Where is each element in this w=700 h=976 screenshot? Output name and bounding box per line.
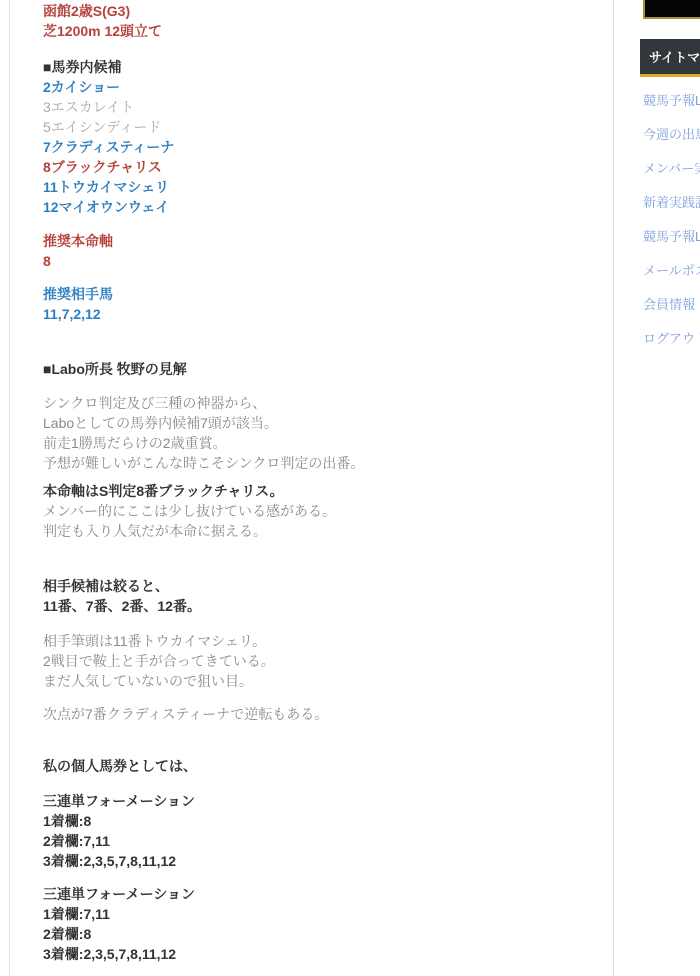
candidate-horse: 2カイショー	[43, 77, 593, 97]
commentary-paragraph: 相手筆頭は11番トウカイマシェリ。 2戦目で鞍上と手が合ってきている。 まだ人気…	[43, 631, 593, 691]
bet-row: 1着欄:8	[43, 811, 593, 831]
sitemap-header: サイトマップ	[640, 39, 700, 77]
commentary-line: 次点が7番クラディスティーナで逆転もある。	[43, 704, 593, 724]
recommended-partners-value: 11,7,2,12	[43, 304, 593, 324]
sidebar-link-logout[interactable]: ログアウト	[643, 331, 700, 346]
commentary-emphasis-line: 本命軸はS判定8番ブラックチャリス。	[43, 481, 593, 501]
commentary-line: シンクロ判定及び三種の神器から、	[43, 393, 593, 413]
sidebar-link-member[interactable]: メンバー実	[643, 161, 700, 176]
sidebar-link-keiba-yoho-labo[interactable]: 競馬予報L	[643, 93, 700, 108]
recommended-partners: 推奨相手馬 11,7,2,12	[43, 284, 593, 324]
candidate-horse: 5エイシンディード	[43, 117, 593, 137]
recommended-axis: 推奨本命軸 8	[43, 231, 593, 271]
candidate-horse: 11トウカイマシェリ	[43, 177, 593, 197]
sidebar-link-shutsuba[interactable]: 今週の出馬表	[643, 127, 700, 142]
recommended-axis-heading: 推奨本命軸	[43, 231, 593, 251]
commentary-line: Laboとしての馬券内候補7頭が該当。	[43, 413, 593, 433]
bet-row: 2着欄:7,11	[43, 831, 593, 851]
commentary-paragraph: 本命軸はS判定8番ブラックチャリス。 メンバー的にここは少し抜けている感がある。…	[43, 481, 593, 541]
commentary-line: 2戦目で鞍上と手が合ってきている。	[43, 651, 593, 671]
commentary-paragraph: シンクロ判定及び三種の神器から、 Laboとしての馬券内候補7頭が該当。 前走1…	[43, 393, 593, 473]
commentary-line: 判定も入り人気だが本命に据える。	[43, 521, 593, 541]
bet-row: 3着欄:2,3,5,7,8,11,12	[43, 851, 593, 871]
commentary-paragraph: 相手候補は絞ると、 11番、7番、2番、12番。	[43, 576, 593, 616]
candidates-section: ■馬券内候補 2カイショー 3エスカレイト 5エイシンディード 7クラディスティ…	[43, 57, 593, 217]
candidate-horse: 3エスカレイト	[43, 97, 593, 117]
bet-row: 3着欄:2,3,5,7,8,11,12	[43, 944, 593, 964]
commentary-heading: ■Labo所長 牧野の見解	[43, 359, 593, 379]
page: 函館2歳S(G3) 芝1200m 12頭立て ■馬券内候補 2カイショー 3エス…	[0, 0, 700, 976]
race-conditions: 芝1200m 12頭立て	[43, 21, 593, 41]
article-column: 函館2歳S(G3) 芝1200m 12頭立て ■馬券内候補 2カイショー 3エス…	[9, 0, 614, 976]
commentary-line: 予想が難しいがこんな時こそシンクロ判定の出番。	[43, 453, 593, 473]
ad-banner[interactable]	[643, 0, 700, 19]
commentary-emphasis-line: 11番、7番、2番、12番。	[43, 596, 593, 616]
commentary-paragraph: 私の個人馬券としては、	[43, 756, 593, 776]
commentary-line: 前走1勝馬だらけの2歳重賞。	[43, 433, 593, 453]
sidebar-link-keiba-yoho-labo2[interactable]: 競馬予報L	[643, 229, 700, 244]
candidate-horse: 8ブラックチャリス	[43, 157, 593, 177]
commentary-paragraph: 次点が7番クラディスティーナで逆転もある。	[43, 704, 593, 724]
bet-formation-title: 三連単フォーメーション	[43, 884, 593, 904]
candidates-heading: ■馬券内候補	[43, 57, 593, 77]
bet-row: 1着欄:7,11	[43, 904, 593, 924]
race-title: 函館2歳S(G3)	[43, 1, 593, 21]
commentary-line: まだ人気していないので狙い目。	[43, 671, 593, 691]
commentary-line: 相手筆頭は11番トウカイマシェリ。	[43, 631, 593, 651]
bet-row: 2着欄:8	[43, 924, 593, 944]
commentary-line: メンバー的にここは少し抜けている感がある。	[43, 501, 593, 521]
bet-formation-title: 三連単フォーメーション	[43, 791, 593, 811]
recommended-axis-value: 8	[43, 251, 593, 271]
sidebar-link-shinchaku[interactable]: 新着実践記	[643, 195, 700, 210]
sidebar-nav: 競馬予報L 今週の出馬表 メンバー実 新着実践記 競馬予報L メールポス 会員情…	[643, 93, 700, 365]
race-header: 函館2歳S(G3) 芝1200m 12頭立て	[43, 1, 593, 41]
candidate-horse: 12マイオウンウェイ	[43, 197, 593, 217]
commentary-emphasis-line: 相手候補は絞ると、	[43, 576, 593, 596]
bet-formation: 三連単フォーメーション 1着欄:8 2着欄:7,11 3着欄:2,3,5,7,8…	[43, 791, 593, 871]
recommended-partners-heading: 推奨相手馬	[43, 284, 593, 304]
sidebar-link-mail[interactable]: メールポス	[643, 263, 700, 278]
bet-formation: 三連単フォーメーション 1着欄:7,11 2着欄:8 3着欄:2,3,5,7,8…	[43, 884, 593, 964]
candidate-horse: 7クラディスティーナ	[43, 137, 593, 157]
sidebar-link-kaiin-joho[interactable]: 会員情報	[643, 297, 700, 312]
commentary-emphasis-line: 私の個人馬券としては、	[43, 756, 593, 776]
